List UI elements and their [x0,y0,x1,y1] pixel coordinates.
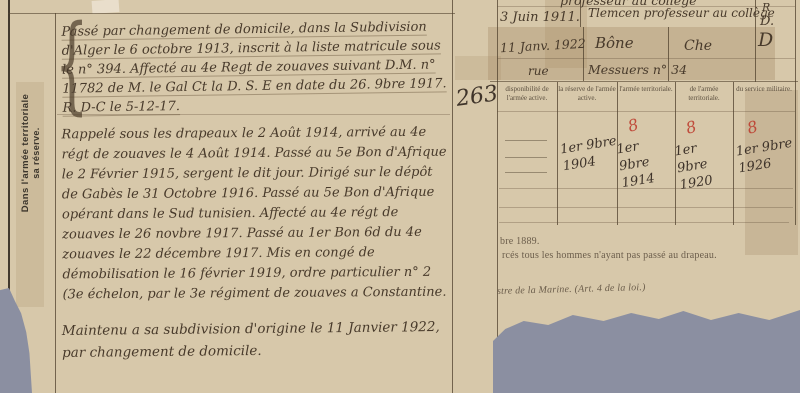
residence-row3-street-value: Messuers n° 34 [588,60,687,80]
table-header-service-militaire: du service militaire. [733,82,795,94]
table-header-armee-territoriale: l'armée territoriale. [617,82,675,94]
torn-white-mark [92,0,120,14]
table-value-service-militaire: 1er 9bre 1926 8 [732,118,800,194]
table-header-reserve-active: la réserve de l'armée active. [557,82,617,102]
residence-row3-street-label: rue [528,61,549,81]
table-column-border [557,82,558,225]
table-header-border [497,111,795,112]
scanned-military-register-page: Dans l'armée territoriale sa réserve. { … [0,0,800,393]
residence-row2-place: Bône [595,33,634,53]
grid-line [499,222,789,223]
empty-cell-rule [505,172,547,173]
binding-edge-line [8,0,10,293]
paper-stain-mid [455,56,501,80]
note-paragraph-campaigns-1914-1919: Rappelé sous les drapeaux le 2 Août 1914… [61,123,452,306]
date-value: 1er 9bre 1920 [674,141,714,193]
date-value: 1er 9bre 1926 [735,136,793,176]
residence-row2-letter: D [758,30,773,50]
main-block-right-border [452,0,453,393]
note-paragraph-domicile-1913: Passé par changement de domicile, dans l… [61,17,450,117]
table-header-reserve-territoriale: de l'armée territoriale. [675,82,733,102]
sidebar-category-label: Dans l'armée territoriale sa réserve. [20,58,46,248]
empty-cell-rule [505,140,547,141]
note-paragraph-maintenu-1922: Maintenu a sa subdivision d'origine le 1… [62,316,444,364]
right-section-right-border [795,0,796,225]
empty-cell-rule [505,157,547,158]
table-column-border [733,82,734,225]
printed-fragment-line1: bre 1889. [500,236,540,247]
grid-line [497,58,795,59]
sidebar-label-line1: Dans l'armée territoriale [20,58,31,248]
grid-line [499,207,793,208]
table-header-disponibilite: disponibilité de l'armée active. [497,82,557,102]
date-value: 1er 9bre 1904 [559,134,617,174]
residence-row1-date: 3 Juin 1911. [500,8,580,28]
residence-row2-note: Che [684,36,712,56]
date-value: 1er 9bre 1914 [616,139,656,191]
residence-row1-place-detail: Tlemcen professeur au collège [588,7,756,20]
printed-fragment-line2: rcés tous les hommes n'ayant pas passé a… [502,250,717,261]
sidebar-label-line2: sa réserve. [31,58,41,248]
